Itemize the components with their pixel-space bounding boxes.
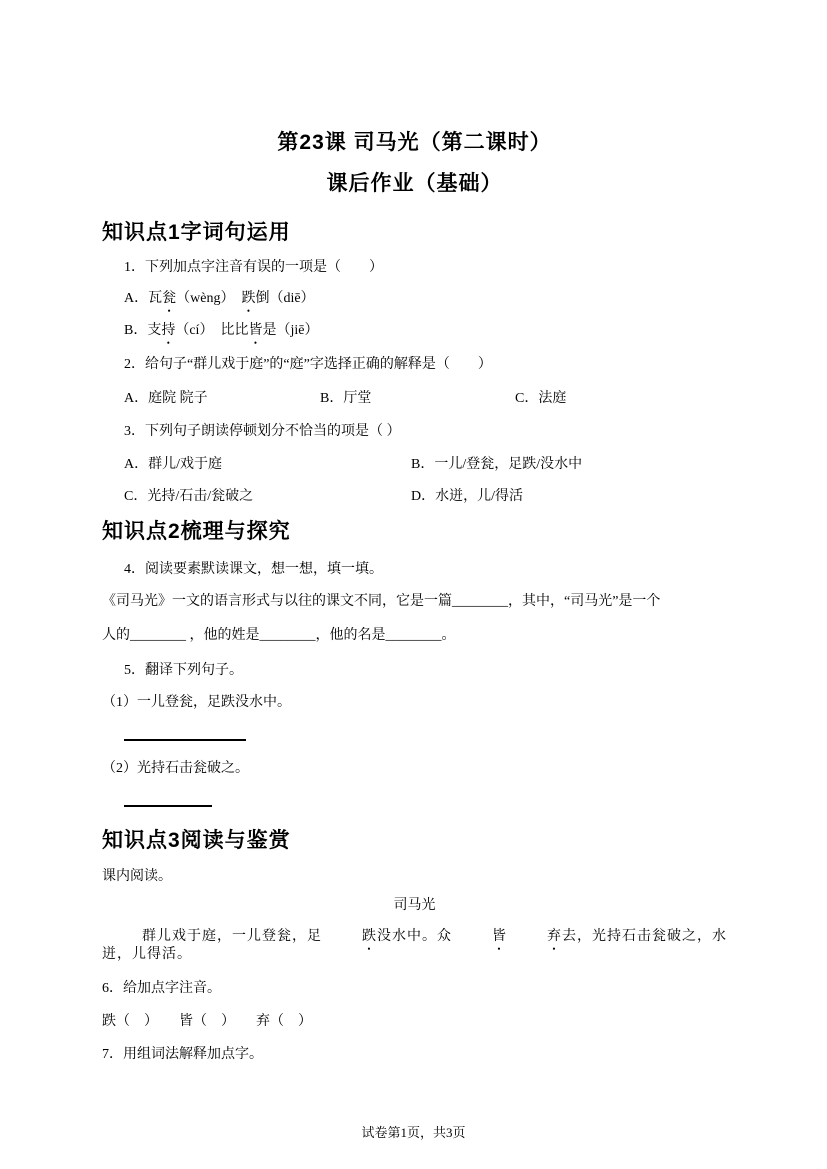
- text-segment: 没水中。众: [377, 929, 452, 944]
- page-title: 第23课 司马光（第二课时）: [102, 131, 727, 155]
- page-subtitle: 课后作业（基础）: [102, 172, 727, 196]
- q4-text-line2: 人的________ ，他的姓是________，他的名是________。: [102, 627, 727, 645]
- q3-option-d: D．水迸，儿/得活: [411, 489, 523, 504]
- q2-option-b: B．厅堂: [320, 390, 515, 408]
- text-segment: A．瓦: [124, 291, 162, 306]
- q2-option-a: A．庭院 院子: [124, 390, 320, 408]
- dotted-char: 持: [161, 322, 175, 340]
- dotted-char: 跌: [241, 290, 255, 308]
- text-segment: （wèng）: [176, 291, 241, 306]
- q5-item-1: （1）一儿登瓮，足跌没水中。: [102, 694, 727, 712]
- kp3-heading: 知识点3阅读与鉴赏: [102, 828, 727, 853]
- dotted-char: 皆: [452, 928, 507, 946]
- q4-stem: 4．阅读要素默读课文，想一想，填一填。: [102, 561, 727, 579]
- q1-option-a: A．瓦瓮（wèng） 跌倒（diē）: [102, 290, 727, 308]
- q6-blanks: 跌（ ） 皆（ ） 弃（ ）: [102, 1013, 727, 1031]
- q3-option-c: C．光持/石击/瓮破之: [124, 488, 411, 506]
- passage-text: 群儿戏于庭，一儿登瓮，足跌没水中。众皆弃去，光持石击瓮破之，水迸，儿得活。: [102, 928, 727, 964]
- answer-line-1: [124, 739, 246, 741]
- kp1-heading: 知识点1字词句运用: [102, 220, 727, 245]
- q5-item-2: （2）光持石击瓮破之。: [102, 760, 727, 778]
- q3-stem: 3．下列句子朗读停顿划分不恰当的项是（ ）: [102, 423, 727, 441]
- q2-option-c: C．法庭: [515, 391, 566, 406]
- dotted-char: 瓮: [162, 290, 176, 308]
- page-footer: 试卷第1页，共3页: [0, 1124, 827, 1141]
- q2-options: A．庭院 院子B．厅堂C．法庭: [102, 390, 727, 408]
- q6-stem: 6．给加点字注音。: [102, 980, 727, 998]
- q4-text-line1: 《司马光》一文的语言形式与以往的课文不同，它是一篇________，其中，“司马…: [102, 593, 727, 611]
- text-segment: 群儿戏于庭，一儿登瓮，足: [142, 929, 322, 944]
- q3-options-row1: A．群儿/戏于庭B．一儿/登瓮，足跌/没水中: [102, 456, 727, 474]
- q3-options-row2: C．光持/石击/瓮破之D．水迸，儿/得活: [102, 488, 727, 506]
- text-segment: 倒（diē）: [255, 291, 314, 306]
- dotted-char: 弃: [507, 928, 562, 946]
- text-segment: B．支: [124, 323, 161, 338]
- q3-option-a: A．群儿/戏于庭: [124, 456, 411, 474]
- answer-line-2: [124, 805, 212, 807]
- q3-option-b: B．一儿/登瓮，足跌/没水中: [411, 457, 582, 472]
- text-segment: （cí） 比比: [175, 323, 248, 338]
- kp2-heading: 知识点2梳理与探究: [102, 519, 727, 544]
- q2-stem: 2．给句子“群儿戏于庭”的“庭”字选择正确的解释是（ ）: [102, 356, 727, 374]
- worksheet-page: 第23课 司马光（第二课时） 课后作业（基础） 知识点1字词句运用 1．下列加点…: [0, 0, 827, 1169]
- q7-stem: 7．用组词法解释加点字。: [102, 1046, 727, 1064]
- text-segment: 是（jiē）: [262, 323, 318, 338]
- dotted-char: 皆: [248, 322, 262, 340]
- dotted-char: 跌: [322, 928, 377, 946]
- passage-title: 司马光: [102, 897, 727, 915]
- q1-option-b: B．支持（cí） 比比皆是（jiē）: [102, 322, 727, 340]
- q5-stem: 5．翻译下列句子。: [102, 662, 727, 680]
- q1-stem: 1．下列加点字注音有误的一项是（ ）: [102, 259, 727, 277]
- reading-intro: 课内阅读。: [102, 868, 727, 886]
